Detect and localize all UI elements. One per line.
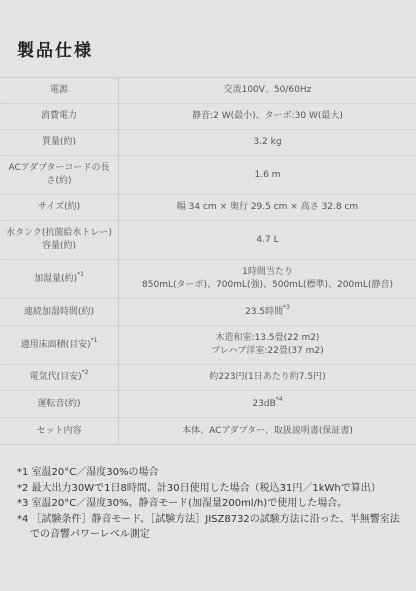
- spec-label: 消費電力: [0, 104, 119, 130]
- spec-label: 水タンク(抗菌給水トレー)容量(約): [0, 221, 119, 260]
- table-row: セット内容 本体、ACアダプター、取扱説明書(保証書): [0, 418, 416, 445]
- footnote-marker: *4: [276, 396, 283, 403]
- table-row: 連続加湿時間(約) 23.5時間*3: [0, 299, 416, 326]
- table-row: 運転音(約) 23dB*4: [0, 391, 416, 418]
- spec-label: サイズ(約): [0, 195, 119, 221]
- spec-value: 幅 34 cm × 奥行 29.5 cm × 高さ 32.8 cm: [119, 195, 416, 221]
- table-row: 加湿量(約)*1 1時間当たり850mL(ターボ)、700mL(強)、500mL…: [0, 260, 416, 299]
- spec-label: 電気代(目安)*2: [0, 365, 119, 391]
- table-row: 消費電力 静音:2 W(最小)、ターボ:30 W(最大): [0, 104, 416, 130]
- footnote: *1 室温20°C／湿度30%の場合: [17, 465, 407, 481]
- spec-label: セット内容: [0, 418, 119, 445]
- spec-table: 電源 交流100V、50/60Hz 消費電力 静音:2 W(最小)、ターボ:30…: [0, 77, 416, 445]
- footnote: *3 室温20°C／湿度30%、静音モード(加湿量200ml/h)で使用した場合…: [17, 496, 407, 512]
- table-row: 質量(約) 3.2 kg: [0, 130, 416, 156]
- spec-value: 23.5時間*3: [119, 299, 416, 326]
- spec-label: 質量(約): [0, 130, 119, 156]
- spec-label: ACアダプターコードの長さ(約): [0, 156, 119, 195]
- spec-label: 電源: [0, 78, 119, 104]
- spec-value: 1.6 m: [119, 156, 416, 195]
- spec-label: 運転音(約): [0, 391, 119, 418]
- footnote-marker: *1: [91, 337, 98, 344]
- spec-label: 加湿量(約)*1: [0, 260, 119, 299]
- table-row: 水タンク(抗菌給水トレー)容量(約) 4.7 L: [0, 221, 416, 260]
- spec-value: 23dB*4: [119, 391, 416, 418]
- table-row: 適用床面積(目安)*1 木造和室:13.5畳(22 m2)プレハブ洋室:22畳(…: [0, 326, 416, 365]
- footnotes: *1 室温20°C／湿度30%の場合 *2 最大出力30Wで1日8時間、計30日…: [17, 465, 407, 543]
- spec-value: 約223円(1日あたり約7.5円): [119, 365, 416, 391]
- footnote-marker: *3: [283, 304, 290, 311]
- table-row: 電気代(目安)*2 約223円(1日あたり約7.5円): [0, 365, 416, 391]
- table-row: ACアダプターコードの長さ(約) 1.6 m: [0, 156, 416, 195]
- table-row: 電源 交流100V、50/60Hz: [0, 78, 416, 104]
- spec-label: 適用床面積(目安)*1: [0, 326, 119, 365]
- spec-label: 連続加湿時間(約): [0, 299, 119, 326]
- footnote: *2 最大出力30Wで1日8時間、計30日使用した場合（税込31円／1kWhで算…: [17, 481, 407, 497]
- spec-value: 木造和室:13.5畳(22 m2)プレハブ洋室:22畳(37 m2): [119, 326, 416, 365]
- spec-value: 3.2 kg: [119, 130, 416, 156]
- spec-value: 本体、ACアダプター、取扱説明書(保証書): [119, 418, 416, 445]
- page-title: 製品仕様: [17, 36, 93, 61]
- spec-value: 静音:2 W(最小)、ターボ:30 W(最大): [119, 104, 416, 130]
- spec-value: 4.7 L: [119, 221, 416, 260]
- footnote-marker: *1: [77, 271, 84, 278]
- footnote: *4 ［試験条件］静音モード、［試験方法］JISZ8732の試験方法に沿った、半…: [17, 512, 407, 543]
- spec-value: 交流100V、50/60Hz: [119, 78, 416, 104]
- spec-value: 1時間当たり850mL(ターボ)、700mL(強)、500mL(標準)、200m…: [119, 260, 416, 299]
- table-row: サイズ(約) 幅 34 cm × 奥行 29.5 cm × 高さ 32.8 cm: [0, 195, 416, 221]
- footnote-marker: *2: [82, 369, 89, 376]
